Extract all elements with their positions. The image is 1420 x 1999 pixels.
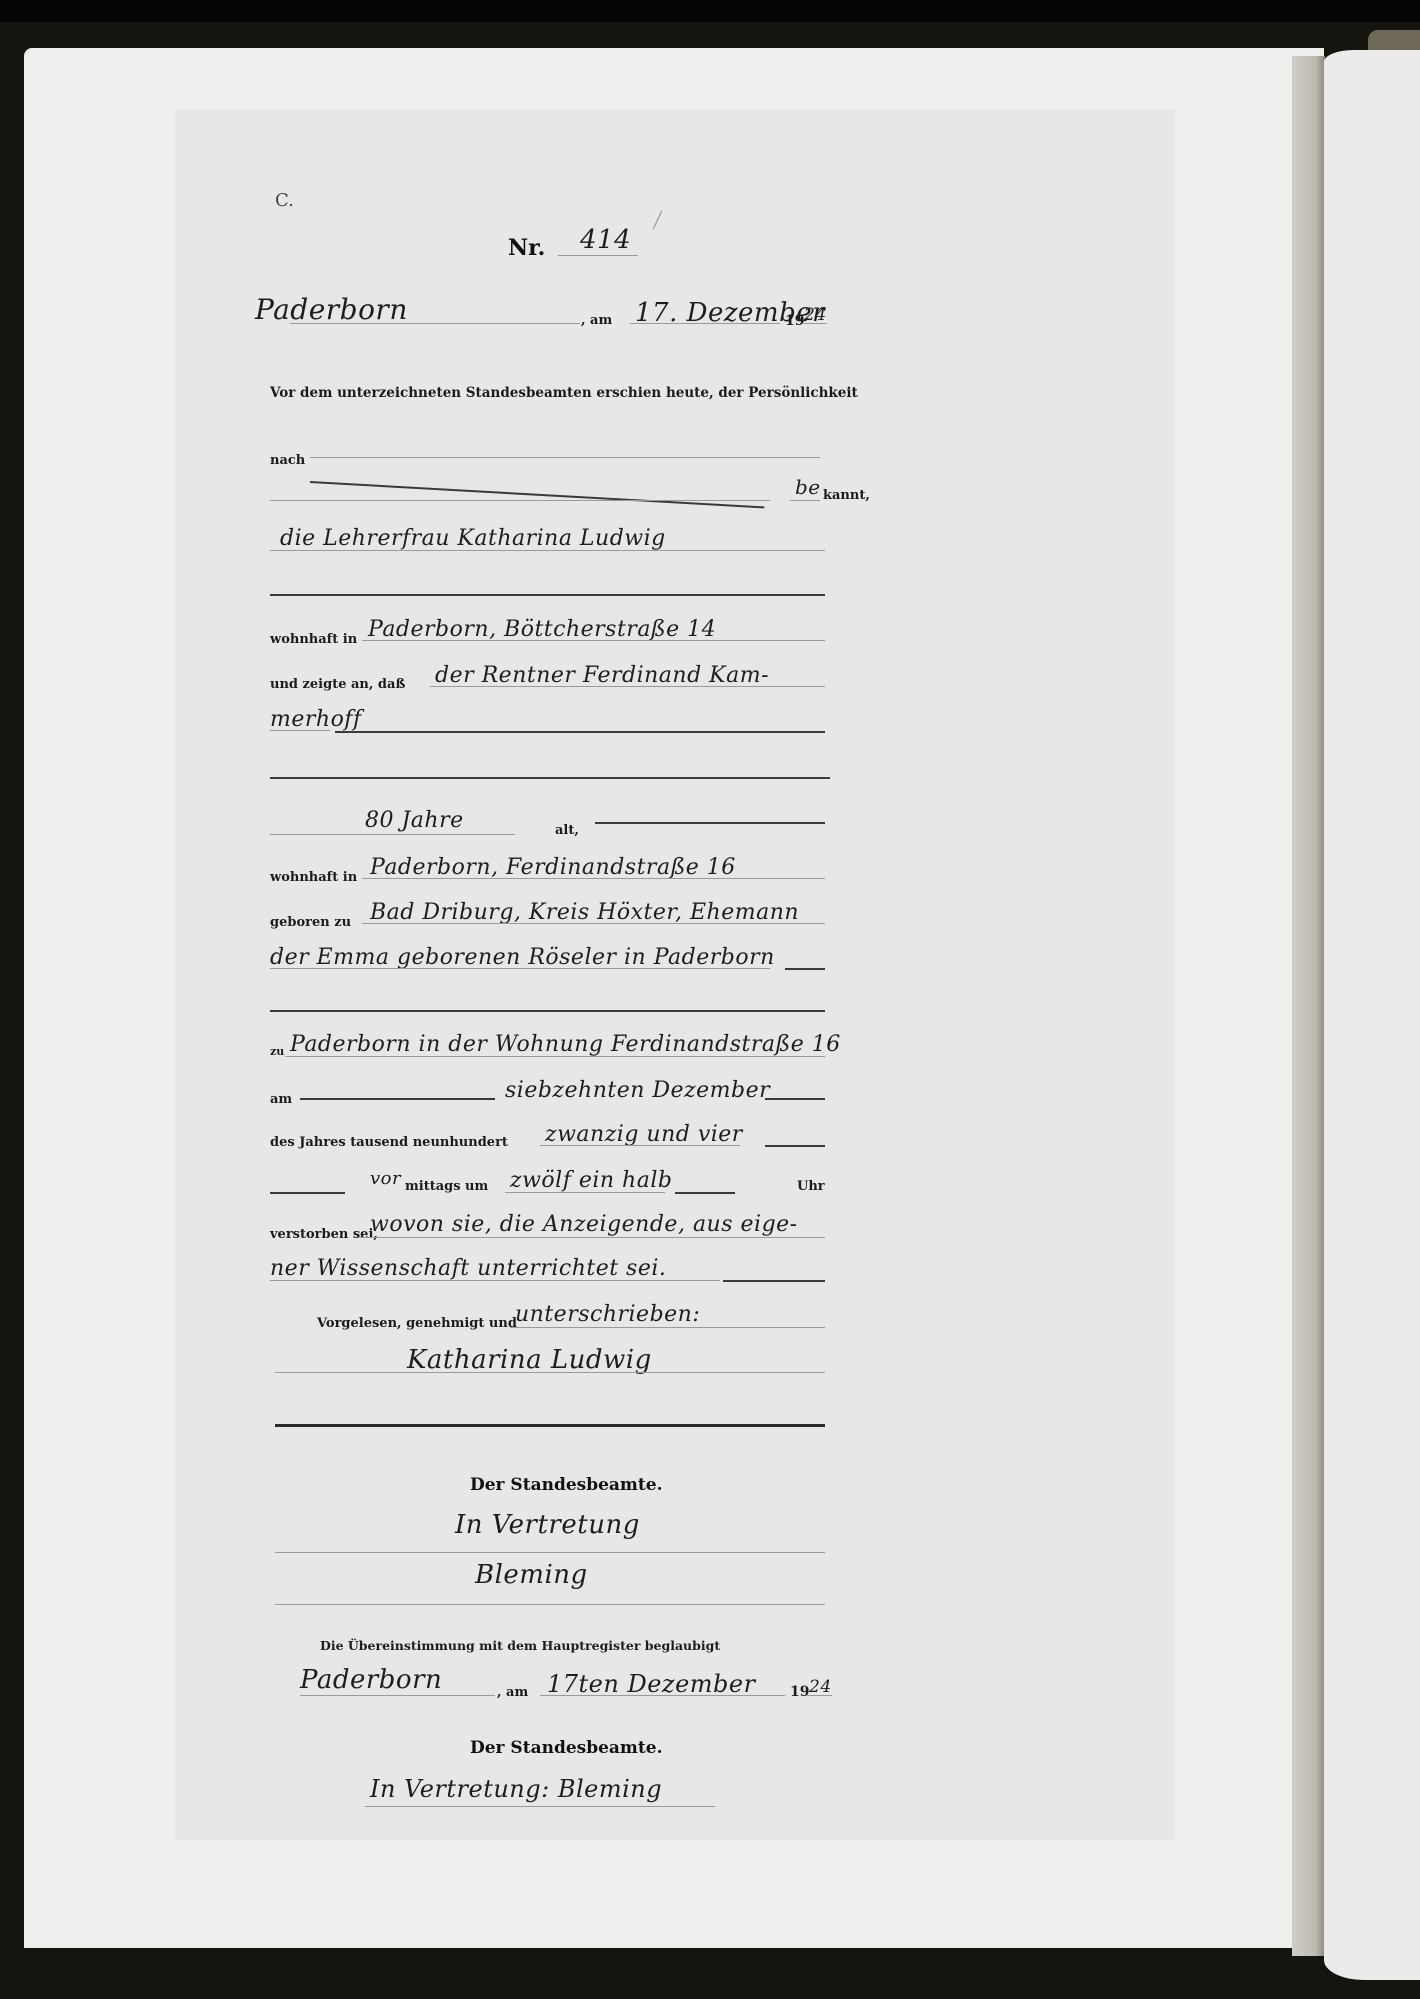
alt-label: alt,: [555, 823, 579, 838]
statement-line2: ner Wissenschaft unterrichtet sei.: [270, 1256, 666, 1281]
vorgelesen-handwritten: unterschrieben:: [515, 1302, 700, 1327]
zeigte-label: und zeigte an, daß: [270, 677, 405, 692]
verstorben-label: verstorben sei,: [270, 1227, 378, 1242]
vor-handwritten: vor: [370, 1168, 401, 1189]
birthplace-line2: der Emma geborenen Röseler in Paderborn: [270, 945, 775, 970]
death-time: zwölf ein halb: [510, 1168, 672, 1193]
death-year-words: zwanzig und vier: [545, 1122, 743, 1147]
informant-signature: Katharina Ludwig: [407, 1345, 652, 1375]
vorgelesen-label: Vorgelesen, genehmigt und: [317, 1316, 517, 1331]
intro-text: Vor dem unterzeichneten Standesbeamten e…: [270, 385, 858, 401]
corner-mark: C.: [275, 190, 294, 211]
am-label: , am: [581, 313, 612, 328]
birthplace-line1: Bad Driburg, Kreis Höxter, Ehemann: [370, 900, 799, 925]
cert-year-prefix: 19: [790, 1684, 809, 1700]
year-suffix: 24: [804, 305, 827, 325]
registrar-heading-1: Der Standesbeamte.: [470, 1475, 663, 1495]
death-certificate-form: C. Nr. 414 Paderborn , am 17. Dezember 1…: [175, 110, 1175, 1840]
deceased-residence: Paderborn, Ferdinandstraße 16: [370, 855, 736, 880]
number-label: Nr.: [508, 235, 545, 261]
bekannt-label: kannt,: [823, 488, 870, 503]
death-am-label: am: [270, 1092, 292, 1107]
death-place: Paderborn in der Wohnung Ferdinandstraße…: [290, 1032, 841, 1057]
book-gutter: [1292, 56, 1325, 1956]
record-number: 414: [580, 225, 631, 255]
cert-am-label: , am: [497, 1685, 528, 1700]
informant-residence: Paderborn, Böttcherstraße 14: [368, 617, 716, 642]
facing-page: [1324, 50, 1420, 1980]
registrar-signature-1a: In Vertretung: [455, 1510, 640, 1540]
wohnhaft-label-1: wohnhaft in: [270, 632, 357, 647]
registrar-signature-2: In Vertretung: Bleming: [370, 1775, 662, 1803]
zu-label: zu: [270, 1045, 284, 1058]
bekannt-handwritten: be: [795, 475, 821, 499]
nach-label: nach: [270, 453, 305, 468]
place-handwritten: Paderborn: [255, 293, 408, 326]
jahres-label: des Jahres tausend neunhundert: [270, 1135, 508, 1150]
strike-line: [310, 481, 764, 508]
death-day: siebzehnten Dezember: [505, 1078, 770, 1103]
year-prefix: 19: [785, 313, 804, 329]
uhr-label: Uhr: [797, 1179, 825, 1194]
registrar-heading-2: Der Standesbeamte.: [470, 1738, 663, 1758]
wohnhaft-label-2: wohnhaft in: [270, 870, 357, 885]
geboren-label: geboren zu: [270, 915, 351, 930]
deceased-name-line1: der Rentner Ferdinand Kam-: [435, 663, 769, 688]
cert-date: 17ten Dezember: [547, 1670, 756, 1698]
statement-line1: wovon sie, die Anzeigende, aus eige-: [370, 1212, 798, 1237]
age-value: 80 Jahre: [365, 808, 464, 833]
informant-name: die Lehrerfrau Katharina Ludwig: [280, 526, 666, 551]
registrar-signature-1b: Bleming: [475, 1560, 588, 1590]
certification-text: Die Übereinstimmung mit dem Hauptregiste…: [320, 1638, 720, 1653]
deceased-name-line2: merhoff: [270, 707, 362, 732]
cert-place: Paderborn: [300, 1665, 442, 1695]
cert-year-suffix: 24: [809, 1677, 832, 1697]
window-title-bar: /Abt_Ostwestfalen-Lippe/P3/P3-12/~021/P3…: [0, 0, 1420, 22]
mittags-label: mittags um: [405, 1179, 488, 1194]
